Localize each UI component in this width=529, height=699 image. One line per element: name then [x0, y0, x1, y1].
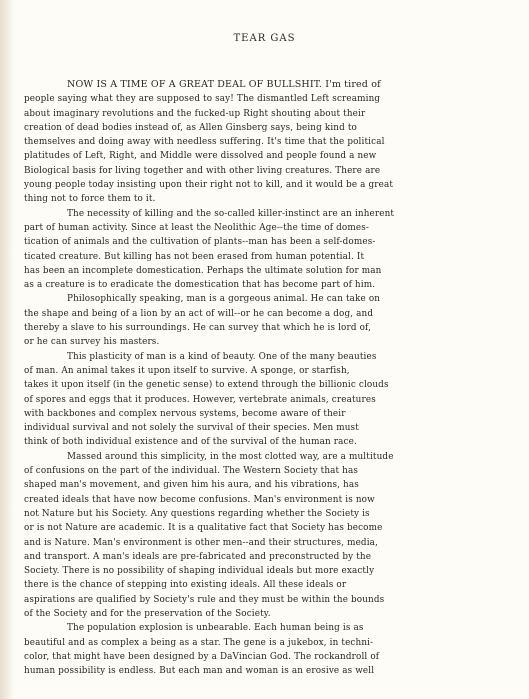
text-line: part of human activity. Since at least t… — [24, 221, 502, 235]
text-line: or he can survey his masters. — [24, 335, 502, 349]
text-line: the shape and being of a lion by an act … — [24, 307, 502, 321]
text-line: themselves and doing away with needless … — [24, 135, 502, 149]
text-line: Society. There is no possibility of shap… — [24, 564, 502, 578]
text-line: or is not Nature are academic. It is a q… — [24, 521, 502, 535]
text-line: and transport. A man's ideals are pre-fa… — [24, 550, 502, 564]
text-line: think of both individual existence and o… — [24, 435, 502, 449]
text-line: aspirations are qualified by Society's r… — [24, 593, 502, 607]
text-line: ticated creature. But killing has not be… — [24, 250, 502, 264]
text-line: color, that might have been designed by … — [24, 650, 502, 664]
text-line: individual survival and not solely the s… — [24, 421, 502, 435]
text-line: has been an incomplete domestication. Pe… — [24, 264, 502, 278]
text-line: of man. An animal takes it upon itself t… — [24, 364, 502, 378]
text-line: Biological basis for living together and… — [24, 164, 502, 178]
text-line: of spores and eggs that it produces. How… — [24, 393, 502, 407]
text-line: young people today insisting upon their … — [24, 178, 502, 192]
text-line: there is the chance of stepping into exi… — [24, 578, 502, 592]
text-line: with backbones and complex nervous syste… — [24, 407, 502, 421]
text-line: tication of animals and the cultivation … — [24, 235, 502, 249]
text-line: thing not to force them to it. — [24, 192, 502, 206]
text-line: people saying what they are supposed to … — [24, 92, 502, 106]
text-line: as a creature is to eradicate the domest… — [24, 278, 502, 292]
text-line: created ideals that have now become conf… — [24, 493, 502, 507]
text-line: and is Nature. Man's environment is othe… — [24, 536, 502, 550]
page-binding-shadow — [0, 0, 14, 699]
text-line: not Nature but his Society. Any question… — [24, 507, 502, 521]
paragraph-first-line: Philosophically speaking, man is a gorge… — [24, 292, 502, 306]
text-line: of the Society and for the preservation … — [24, 607, 502, 621]
text-line: platitudes of Left, Right, and Middle we… — [24, 149, 502, 163]
text-line: about imaginary revolutions and the fuck… — [24, 107, 502, 121]
paragraph-first-line: This plasticity of man is a kind of beau… — [24, 350, 502, 364]
text-line: thereby a slave to his surroundings. He … — [24, 321, 502, 335]
paragraph-first-line: The population explosion is unbearable. … — [24, 621, 502, 635]
text-line: human possibility is endless. But each m… — [24, 664, 502, 678]
paragraph-first-line: NOW IS A TIME OF A GREAT DEAL OF BULLSHI… — [24, 78, 502, 92]
paragraph-first-line: The necessity of killing and the so-call… — [24, 207, 502, 221]
document-title: TEAR GAS — [0, 33, 529, 44]
text-line: shaped man's movement, and given him his… — [24, 478, 502, 492]
text-line: beautiful and as complex a being as a st… — [24, 636, 502, 650]
text-line: takes it upon itself (in the genetic sen… — [24, 378, 502, 392]
paragraph-first-line: Massed around this simplicity, in the mo… — [24, 450, 502, 464]
document-body: NOW IS A TIME OF A GREAT DEAL OF BULLSHI… — [24, 78, 502, 678]
text-line: creation of dead bodies instead of, as A… — [24, 121, 502, 135]
text-line: of confusions on the part of the individ… — [24, 464, 502, 478]
